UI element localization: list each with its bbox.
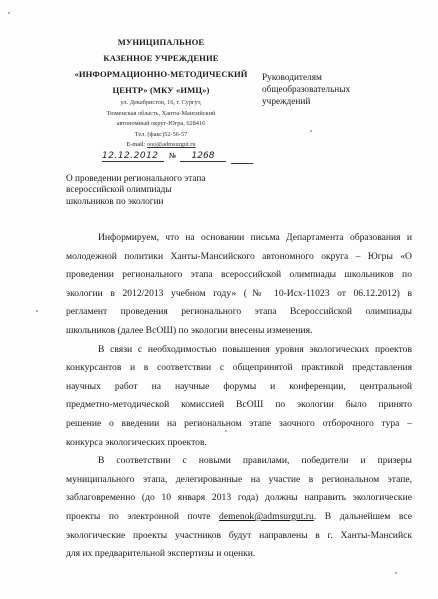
- subject-line: всероссийской олимпиады: [66, 185, 266, 196]
- body-line: для их предварительной экспертизы и оцен…: [66, 545, 412, 564]
- address-line: Тюменская область, Ханты-Мансийский: [66, 109, 256, 120]
- body-line: предметно-методической комиссией ВсОШ по…: [66, 396, 412, 415]
- phone-line: Тел. (факс)52-56-57: [66, 130, 256, 141]
- letter-number: 1268: [180, 151, 226, 162]
- scan-speck: [225, 430, 227, 432]
- body-line-with-email: проекты по электронной почте demenok@adm…: [66, 508, 412, 527]
- body-line: научных работ на научные форумы и конфер…: [66, 378, 412, 397]
- number-sign: №: [169, 152, 176, 160]
- scan-speck: [36, 310, 38, 312]
- subject-line: О проведении регионального этапа: [66, 174, 266, 185]
- body-line: экологии в 2012/2013 учебном году» (№ 10…: [66, 285, 412, 304]
- body-line: конкурсантов и в соответствии с общеприн…: [66, 359, 412, 378]
- email-line: E-mail: ooo@admsurgut.ru: [66, 140, 256, 150]
- body-line: регламент проведения регионального этапа…: [66, 303, 412, 322]
- contact-email-link[interactable]: demenok@admsurgut.ru: [219, 511, 314, 522]
- body-line: конкурса экологических проектов.: [66, 434, 412, 453]
- scan-speck: [310, 130, 312, 132]
- addressee-line: общеобразовательных: [262, 85, 412, 97]
- addressee-line: Руководителям: [262, 73, 412, 85]
- body-line: В связи с необходимостью повышения уровн…: [66, 341, 412, 360]
- organization-letterhead: МУНИЦИПАЛЬНОЕ КАЗЕННОЕ УЧРЕЖДЕНИЕ «ИНФОР…: [66, 34, 256, 150]
- paragraph-3: В соответствии с новыми правилами, побед…: [66, 452, 412, 564]
- paragraph-1: Информируем, что на основании письма Деп…: [66, 229, 412, 341]
- paragraph-2: В связи с необходимостью повышения уровн…: [66, 341, 412, 453]
- email-label: E-mail:: [126, 141, 146, 148]
- org-name-line: ЦЕНТР» (МКУ «ИМЦ»): [66, 82, 256, 98]
- scan-speck: [395, 572, 397, 574]
- subject-block: О проведении регионального этапа всеросс…: [66, 174, 266, 208]
- org-name-line: КАЗЕННОЕ УЧРЕЖДЕНИЕ: [66, 50, 256, 66]
- address-line: автономный округ-Югра, 628416: [66, 119, 256, 130]
- registration-line: 12.12.2012 № 1268: [100, 150, 260, 164]
- document-page: МУНИЦИПАЛЬНОЕ КАЗЕННОЕ УЧРЕЖДЕНИЕ «ИНФОР…: [0, 0, 438, 599]
- org-email-link[interactable]: ooo@admsurgut.ru: [147, 141, 196, 148]
- org-name-line: МУНИЦИПАЛЬНОЕ: [66, 34, 256, 50]
- subject-line: школьников по экологии: [66, 197, 266, 208]
- body-text: . В дальнейшем все: [314, 511, 412, 522]
- body-line: решение о введении на региональном этапе…: [66, 415, 412, 434]
- letter-body: Информируем, что на основании письма Деп…: [66, 229, 412, 564]
- body-line: экологические проекты участников будут н…: [66, 527, 412, 546]
- address-line: ул. Декабристов, 16, г. Сургут,: [66, 98, 256, 109]
- letter-date: 12.12.2012: [102, 151, 164, 162]
- body-line: Информируем, что на основании письма Деп…: [66, 229, 412, 248]
- org-name-line: «ИНФОРМАЦИОННО-МЕТОДИЧЕСКИЙ: [66, 66, 256, 82]
- body-text: проекты по электронной почте: [66, 511, 219, 522]
- body-line: В соответствии с новыми правилами, побед…: [66, 452, 412, 471]
- body-line: проведении регионального этапа всероссий…: [66, 266, 412, 285]
- underline-tail: [231, 163, 253, 164]
- body-line: заблаговременно (до 10 января 2013 года)…: [66, 489, 412, 508]
- body-line: муниципального этапа, делегированные на …: [66, 471, 412, 490]
- addressee-line: учреждений: [262, 97, 412, 109]
- body-line: молодежной политики Ханты-Мансийского ав…: [66, 248, 412, 267]
- body-line: школьников (далее ВсОШ) по экологии внес…: [66, 322, 412, 341]
- addressee-block: Руководителям общеобразовательных учрежд…: [262, 73, 412, 108]
- scan-speck: [8, 12, 10, 14]
